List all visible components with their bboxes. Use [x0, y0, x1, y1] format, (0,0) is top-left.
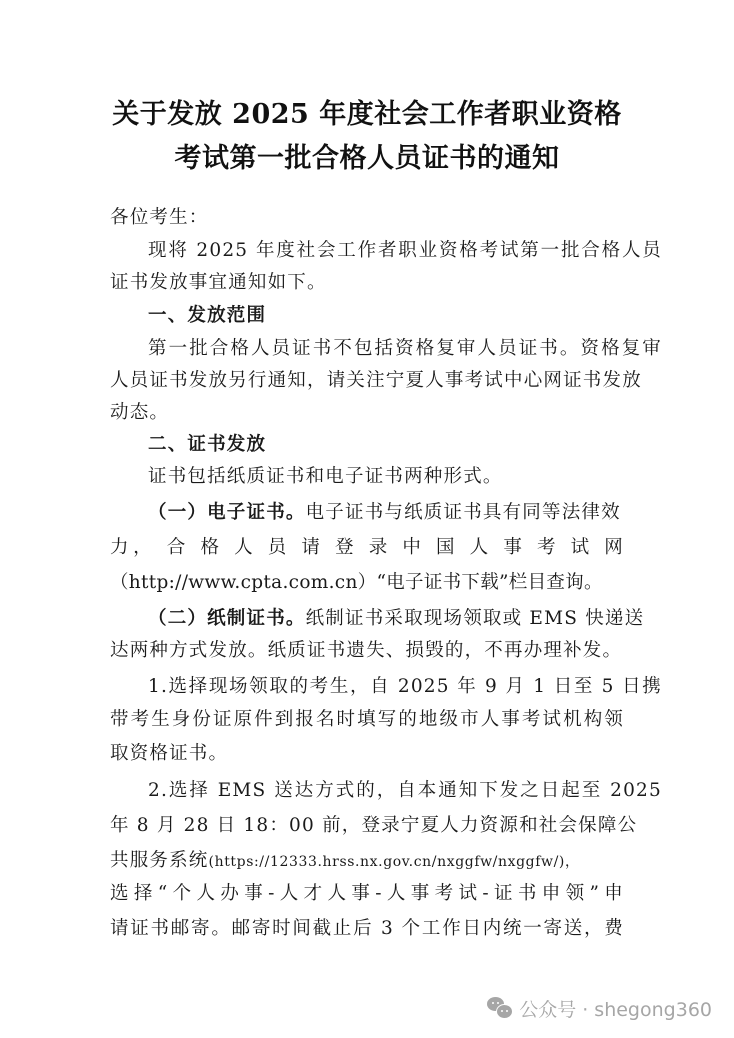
item1-line-2: 带考生身份证原件到报名时填写的地级市人事考试机构领 — [110, 709, 624, 731]
item2-line-5: 请证书邮寄。邮寄时间截止后 3 个工作日内统一寄送，费 — [110, 918, 624, 940]
wechat-watermark: 公众号 · shegong360 — [487, 993, 712, 1023]
intro-line-2: 证书发放事宜通知如下。 — [110, 272, 624, 294]
item1-line-3: 取资格证书。 — [110, 743, 624, 765]
item2-line-2: 年 8 月 28 日 18：00 前，登录宁夏人力资源和社会保障公 — [110, 815, 624, 837]
section-heading-issuance: 二、证书发放 — [110, 434, 662, 456]
document-title-line-2: 考试第一批合格人员证书的通知 — [0, 136, 734, 175]
document-title-line-1: 关于发放 2025 年度社会工作者职业资格 — [0, 92, 734, 131]
item2-url: (https://12333.hrss.nx.gov.cn/nxggfw/nxg… — [209, 854, 580, 870]
section1-line-2: 人员证书发放另行通知，请关注宁夏人事考试中心网证书发放 — [110, 370, 624, 392]
sub1-text: 电子证书与纸质证书具有同等法律效 — [306, 502, 621, 523]
sub2-line-1: （二）纸制证书。纸制证书采取现场领取或 EMS 快递送 — [110, 608, 662, 630]
watermark-text: 公众号 · shegong360 — [519, 995, 712, 1022]
sub1-label: （一）电子证书。 — [148, 502, 306, 523]
item2-line-4: 选择“个人办事-人才人事-人事考试-证书申领”申 — [110, 883, 624, 905]
sub1-line-1: （一）电子证书。电子证书与纸质证书具有同等法律效 — [110, 502, 662, 524]
wechat-icon — [487, 997, 513, 1019]
sub2-line-2: 达两种方式发放。纸质证书遗失、损毁的，不再办理补发。 — [110, 640, 624, 662]
item2-system-name: 共服务系统 — [110, 850, 209, 871]
item2-line-1: 2.选择 EMS 送达方式的，自本通知下发之日起至 2025 — [110, 780, 662, 802]
salutation: 各位考生： — [110, 207, 624, 229]
item1-line-1: 1.选择现场领取的考生，自 2025 年 9 月 1 日至 5 日携 — [110, 676, 662, 698]
section1-line-1: 第一批合格人员证书不包括资格复审人员证书。资格复审 — [110, 338, 662, 360]
intro-line-1: 现将 2025 年度社会工作者职业资格考试第一批合格人员 — [110, 240, 662, 262]
item2-line-3: 共服务系统(https://12333.hrss.nx.gov.cn/nxggf… — [110, 850, 624, 873]
section2-intro: 证书包括纸质证书和电子证书两种形式。 — [110, 466, 662, 488]
section-heading-scope: 一、发放范围 — [110, 305, 662, 327]
section1-line-3: 动态。 — [110, 402, 624, 424]
sub1-line-3-url: （http://www.cpta.com.cn）“电子证书下载”栏目查询。 — [110, 572, 624, 594]
sub1-line-2: 力， 合 格 人 员 请 登 录 中 国 人 事 考 试 网 — [110, 537, 624, 559]
sub2-label: （二）纸制证书。 — [148, 608, 306, 629]
sub2-text: 纸制证书采取现场领取或 EMS 快递送 — [306, 608, 645, 629]
